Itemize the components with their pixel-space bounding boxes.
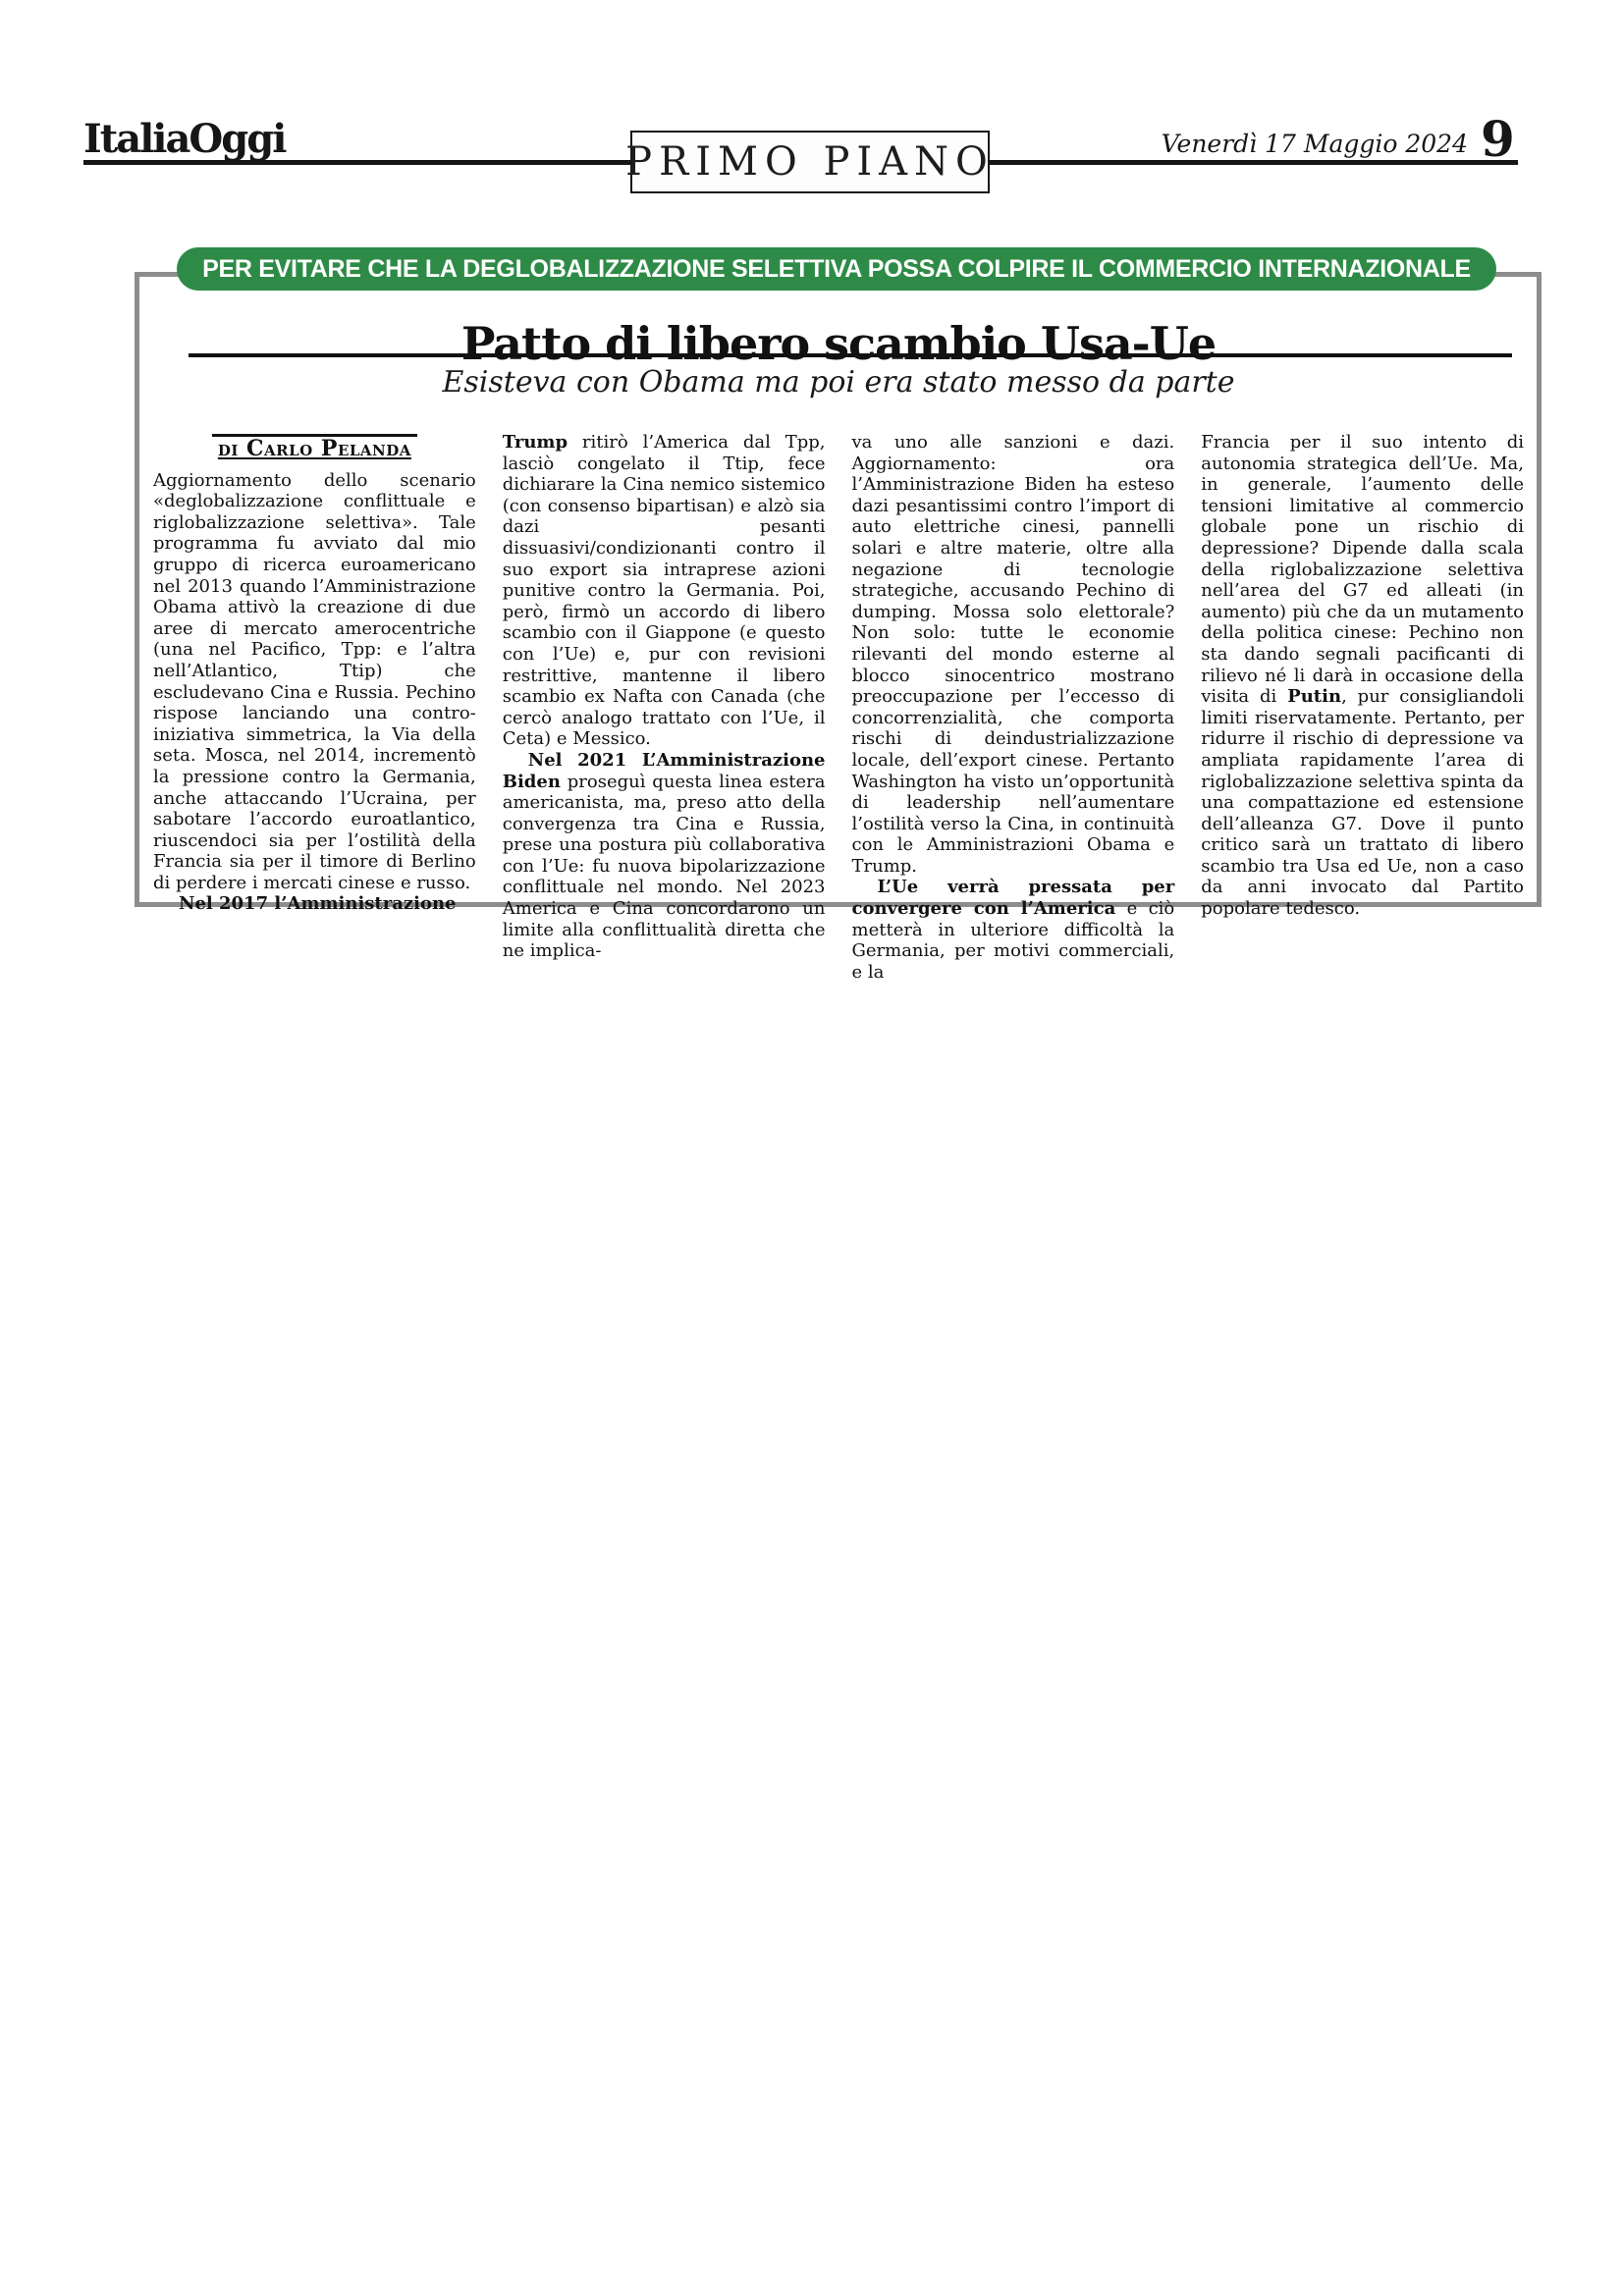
section-title: PRIMO PIANO <box>625 139 995 185</box>
headline-rule <box>189 353 1512 357</box>
byline: di Carlo Pelanda <box>212 434 417 460</box>
issue-date: Venerdì 17 Maggio 2024 <box>1162 130 1468 158</box>
newspaper-page: ItaliaOggi PRIMO PIANO Venerdì 17 Maggio… <box>0 0 1623 2296</box>
kicker-banner: PER EVITARE CHE LA DEGLOBALIZZAZIONE SEL… <box>177 247 1496 291</box>
article-column-2: Trump ritirò l’America dal Tpp, lasciò c… <box>503 432 826 983</box>
article-paragraph: Nel 2017 l’Amministrazione <box>153 893 476 915</box>
article-paragraph: va uno alle sanzioni e dazi. Aggiornamen… <box>852 432 1175 877</box>
kicker-text: PER EVITARE CHE LA DEGLOBALIZZAZIONE SEL… <box>202 255 1471 284</box>
section-title-box: PRIMO PIANO <box>630 131 990 193</box>
article-paragraph: Trump ritirò l’America dal Tpp, lasciò c… <box>503 432 826 750</box>
article-column-1: di Carlo Pelanda Aggiornamento dello sce… <box>153 432 476 983</box>
article-column-4: Francia per il suo intento di autonomia … <box>1201 432 1524 983</box>
article-paragraph: Nel 2021 L’Amministrazione Biden prosegu… <box>503 750 826 962</box>
byline-wrap: di Carlo Pelanda <box>153 434 476 461</box>
page-number: 9 <box>1481 110 1515 168</box>
article-column-3: va uno alle sanzioni e dazi. Aggiornamen… <box>852 432 1175 983</box>
article-paragraph: L’Ue verrà pressata per convergere con l… <box>852 877 1175 983</box>
article-paragraph: Francia per il suo intento di autonomia … <box>1201 432 1524 920</box>
subhead: Esisteva con Obama ma poi era stato mess… <box>137 365 1540 400</box>
article-body: di Carlo Pelanda Aggiornamento dello sce… <box>153 432 1524 983</box>
headline: Patto di libero scambio Usa-Ue <box>137 317 1540 370</box>
article-paragraph: Aggiornamento dello scenario «deglobaliz… <box>153 470 476 894</box>
newspaper-logo: ItaliaOggi <box>83 116 285 162</box>
